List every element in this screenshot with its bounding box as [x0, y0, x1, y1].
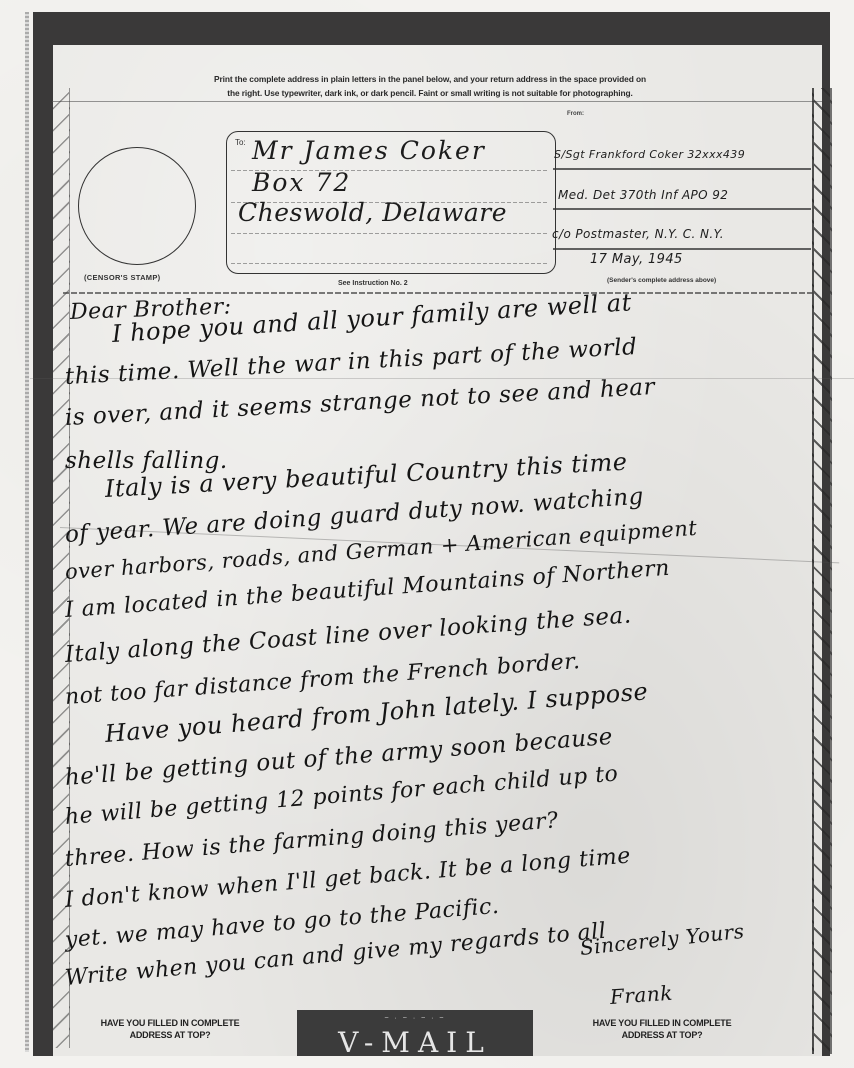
- footer-line: ADDRESS AT TOP?: [70, 1029, 270, 1041]
- censor-stamp-label: (CENSOR'S STAMP): [84, 273, 160, 282]
- to-label: To:: [235, 138, 246, 147]
- scan-edge: [25, 12, 29, 1052]
- from-label: From:: [567, 111, 584, 117]
- divider: [63, 292, 813, 294]
- hatched-border-right: [812, 88, 832, 1054]
- instruction-line: the right. Use typewriter, dark ink, or …: [105, 86, 755, 100]
- recipient-name: Mr James Coker: [252, 136, 486, 165]
- divider: [231, 263, 549, 264]
- footer-line: HAVE YOU FILLED IN COMPLETE: [562, 1017, 762, 1029]
- form-instructions: Print the complete address in plain lett…: [105, 72, 755, 100]
- footer-reminder-right: HAVE YOU FILLED IN COMPLETE ADDRESS AT T…: [562, 1017, 762, 1041]
- divider: [553, 248, 811, 250]
- divider: [52, 101, 822, 102]
- footer-reminder-left: HAVE YOU FILLED IN COMPLETE ADDRESS AT T…: [70, 1017, 270, 1041]
- letter-signature: Frank: [609, 981, 673, 1009]
- letter-date: 17 May, 1945: [590, 252, 683, 267]
- vmail-logo: ~ · ~ · ~ · ~ V-MAIL: [297, 1010, 533, 1056]
- instruction-line: Print the complete address in plain lett…: [105, 72, 755, 86]
- divider: [553, 168, 811, 170]
- vmail-small-text: ~ · ~ · ~ · ~: [297, 1015, 533, 1022]
- divider: [231, 233, 549, 234]
- censor-stamp-circle: [78, 147, 196, 265]
- sender-caption: (Sender's complete address above): [607, 277, 716, 284]
- footer-line: HAVE YOU FILLED IN COMPLETE: [70, 1017, 270, 1029]
- recipient-city: Cheswold, Delaware: [238, 198, 507, 227]
- sender-line: S/Sgt Frankford Coker 32xxx439: [554, 148, 745, 161]
- vmail-title: V-MAIL: [297, 1028, 533, 1056]
- sender-line: Med. Det 370th Inf APO 92: [558, 188, 728, 202]
- footer-line: ADDRESS AT TOP?: [562, 1029, 762, 1041]
- divider: [553, 208, 811, 210]
- see-instruction-note: See Instruction No. 2: [338, 280, 408, 287]
- sender-line: c/o Postmaster, N.Y. C. N.Y.: [552, 227, 724, 241]
- recipient-box: Box 72: [252, 168, 351, 197]
